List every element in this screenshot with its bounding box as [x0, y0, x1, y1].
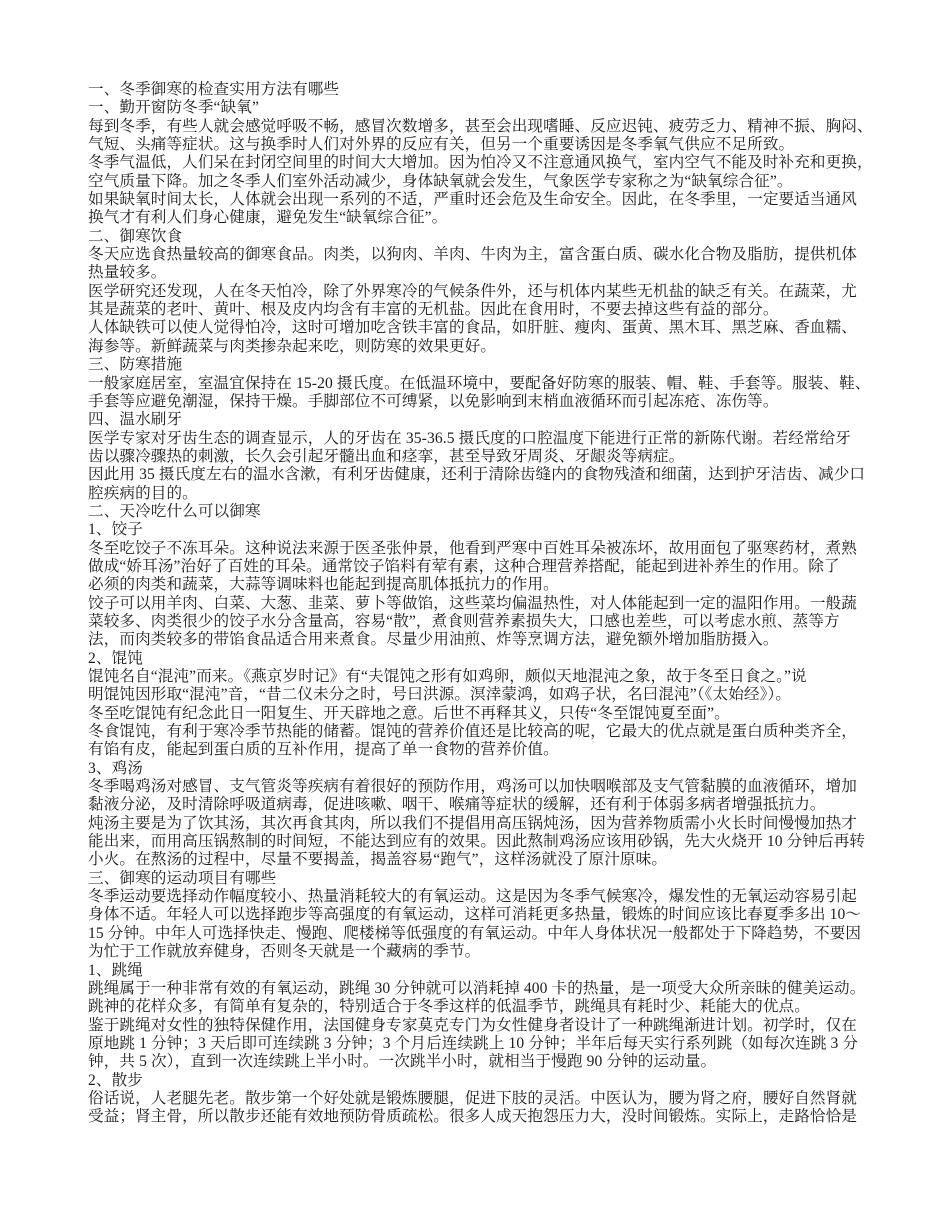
text-line: 冬食馄饨，有利于寒冷季节热能的储蓄。馄饨的营养价值还是比较高的呢，它最大的优点就… [88, 723, 888, 741]
text-line: 齿以骤冷骤热的刺激，长久会引起牙髓出血和痉挛，甚至导致牙周炎、牙龈炎等病症。 [88, 448, 888, 466]
text-line: 必须的肉类和蔬菜，大蒜等调味料也能起到提高肌体抵抗力的作用。 [88, 576, 888, 594]
text-line: 饺子可以用羊肉、白菜、大葱、韭菜、萝卜等做馅，这些菜均偏温热性，对人体能起到一定… [88, 595, 888, 613]
text-line: 冬至吃馄饨有纪念此日一阳复生、开天辟地之意。后世不再释其义，只传“冬至馄饨夏至面… [88, 705, 888, 723]
text-line: 冬天应选食热量较高的御寒食品。肉类，以狗肉、羊肉、牛肉为主，富含蛋白质、碳水化合… [88, 246, 888, 264]
text-line: 一、勤开窗防冬季“缺氧” [88, 99, 888, 117]
text-line: 2、馄饨 [88, 650, 888, 668]
text-line: 冬季气温低，人们呆在封闭空间里的时间大大增加。因为怕冷又不注意通风换气，室内空气… [88, 154, 888, 172]
text-line: 小火。在熬汤的过程中，尽量不要揭盖，揭盖容易“跑气”，这样汤就没了原汁原味。 [88, 851, 888, 869]
text-line: 为忙于工作就放弃健身，否则冬天就是一个藏病的季节。 [88, 943, 888, 961]
text-line: 冬至吃饺子不冻耳朵。这种说法来源于医圣张仲景，他看到严寒中百姓耳朵被冻坏，故用面… [88, 540, 888, 558]
text-line: 炖汤主要是为了饮其汤，其次再食其肉，所以我们不提倡用高压锅炖汤，因为营养物质需小… [88, 815, 888, 833]
text-line: 二、御寒饮食 [88, 228, 888, 246]
text-line: 冬季运动要选择动作幅度较小、热量消耗较大的有氧运动。这是因为冬季气候寒冷，爆发性… [88, 888, 888, 906]
text-line: 跳绳属于一种非常有效的有氧运动，跳绳 30 分钟就可以消耗掉 400 卡的热量，… [88, 980, 888, 998]
text-line: 三、御寒的运动项目有哪些 [88, 870, 888, 888]
text-line: 15 分钟。中年人可选择快走、慢跑、爬楼梯等低强度的有氧运动。中年人身体状况一般… [88, 925, 888, 943]
text-line: 二、天冷吃什么可以御寒 [88, 503, 888, 521]
document-text-block: 一、冬季御寒的检查实用方法有哪些一、勤开窗防冬季“缺氧”每到冬季，有些人就会感觉… [88, 81, 888, 1127]
text-line: 气短、头痛等症状。这与换季时人们对外界的反应有关，但另一个重要诱因是冬季氧气供应… [88, 136, 888, 154]
text-line: 钟，共 5 次），直到一次连续跳上半小时。一次跳半小时，就相当于慢跑 90 分钟… [88, 1053, 888, 1071]
text-line: 医学研究还发现，人在冬天怕冷，除了外界寒冷的气候条件外，还与机体内某些无机盐的缺… [88, 283, 888, 301]
text-line: 因此用 35 摄氏度左右的温水含漱，有利牙齿健康，还利于清除齿缝内的食物残渣和细… [88, 466, 888, 484]
text-line: 一、冬季御寒的检查实用方法有哪些 [88, 81, 888, 99]
text-line: 2、散步 [88, 1072, 888, 1090]
text-line: 俗话说，人老腿先老。散步第一个好处就是锻炼腰腿，促进下肢的灵活。中医认为，腰为肾… [88, 1090, 888, 1108]
text-line: 鉴于跳绳对女性的独特保健作用，法国健身专家莫克专门为女性健身者设计了一种跳绳渐进… [88, 1017, 888, 1035]
text-line: 黏液分泌，及时清除呼吸道病毒，促进咳嗽、咽干、喉痛等症状的缓解，还有利于体弱多病… [88, 796, 888, 814]
text-line: 冬季喝鸡汤对感冒、支气管炎等疾病有着很好的预防作用，鸡汤可以加快咽喉部及支气管黏… [88, 778, 888, 796]
text-line: 热量较多。 [88, 264, 888, 282]
text-line: 身体不适。年轻人可以选择跑步等高强度的有氧运动，这样可消耗更多热量，锻炼的时间应… [88, 906, 888, 924]
text-line: 有馅有皮，能起到蛋白质的互补作用，提高了单一食物的营养价值。 [88, 741, 888, 759]
text-line: 四、温水刷牙 [88, 411, 888, 429]
text-line: 原地跳 1 分钟；3 天后即可连续跳 3 分钟；3 个月后连续跳上 10 分钟；… [88, 1035, 888, 1053]
text-line: 海参等。新鲜蔬菜与肉类掺杂起来吃，则防寒的效果更好。 [88, 338, 888, 356]
text-line: 跳神的花样众多，有简单有复杂的，特别适合于冬季这样的低温季节，跳绳具有耗时少、耗… [88, 998, 888, 1016]
text-line: 人体缺铁可以使人觉得怕冷，这时可增加吃含铁丰富的食品，如肝脏、瘦肉、蛋黄、黑木耳… [88, 319, 888, 337]
document-page: 一、冬季御寒的检查实用方法有哪些一、勤开窗防冬季“缺氧”每到冬季，有些人就会感觉… [0, 0, 950, 1230]
text-line: 做成“娇耳汤”治好了百姓的耳朵。通常饺子馅料有荤有素，这种合理营养搭配，能起到进… [88, 558, 888, 576]
text-line: 能出来，而用高压锅熬制的时间短，不能达到应有的效果。因此熬制鸡汤应该用砂锅，先大… [88, 833, 888, 851]
text-line: 明馄饨因形取“混沌”音，“昔二仪未分之时，号曰洪源。溟涬蒙鸿，如鸡子状，名曰混沌… [88, 686, 888, 704]
text-line: 1、饺子 [88, 521, 888, 539]
text-line: 医学专家对牙齿生态的调查显示，人的牙齿在 35-36.5 摄氏度的口腔温度下能进… [88, 430, 888, 448]
text-line: 菜较多、肉类很少的饺子水分含量高，容易“散”，煮食则营养素损失大，口感也差些，可… [88, 613, 888, 631]
text-line: 手套等应避免潮湿，保持干燥。手脚部位不可缚紧，以免影响到末梢血液循环而引起冻疮、… [88, 393, 888, 411]
text-line: 每到冬季，有些人就会感觉呼吸不畅，感冒次数增多，甚至会出现嗜睡、反应迟钝、疲劳乏… [88, 118, 888, 136]
text-line: 空气质量下降。加之冬季人们室外活动减少，身体缺氧就会发生，气象医学专家称之为“缺… [88, 173, 888, 191]
text-line: 其是蔬菜的老叶、黄叶、根及皮内均含有丰富的无机盐。因此在食用时，不要去掉这些有益… [88, 301, 888, 319]
text-line: 如果缺氧时间太长，人体就会出现一系列的不适，严重时还会危及生命安全。因此，在冬季… [88, 191, 888, 209]
text-line: 腔疾病的目的。 [88, 485, 888, 503]
text-line: 换气才有利人们身心健康，避免发生“缺氧综合征”。 [88, 209, 888, 227]
text-line: 受益；肾主骨，所以散步还能有效地预防骨质疏松。很多人成天抱怨压力大，没时间锻炼。… [88, 1108, 888, 1126]
text-line: 3、鸡汤 [88, 760, 888, 778]
text-line: 三、防寒措施 [88, 356, 888, 374]
text-line: 法，而肉类较多的带馅食品适合用来煮食。尽量少用油煎、炸等烹调方法，避免额外增加脂… [88, 631, 888, 649]
text-line: 馄饨名自“混沌”而来。《燕京岁时记》有“夫馄饨之形有如鸡卵，颇似天地混沌之象，故… [88, 668, 888, 686]
text-line: 一般家庭居室，室温宜保持在 15-20 摄氏度。在低温环境中，要配备好防寒的服装… [88, 375, 888, 393]
text-line: 1、跳绳 [88, 962, 888, 980]
